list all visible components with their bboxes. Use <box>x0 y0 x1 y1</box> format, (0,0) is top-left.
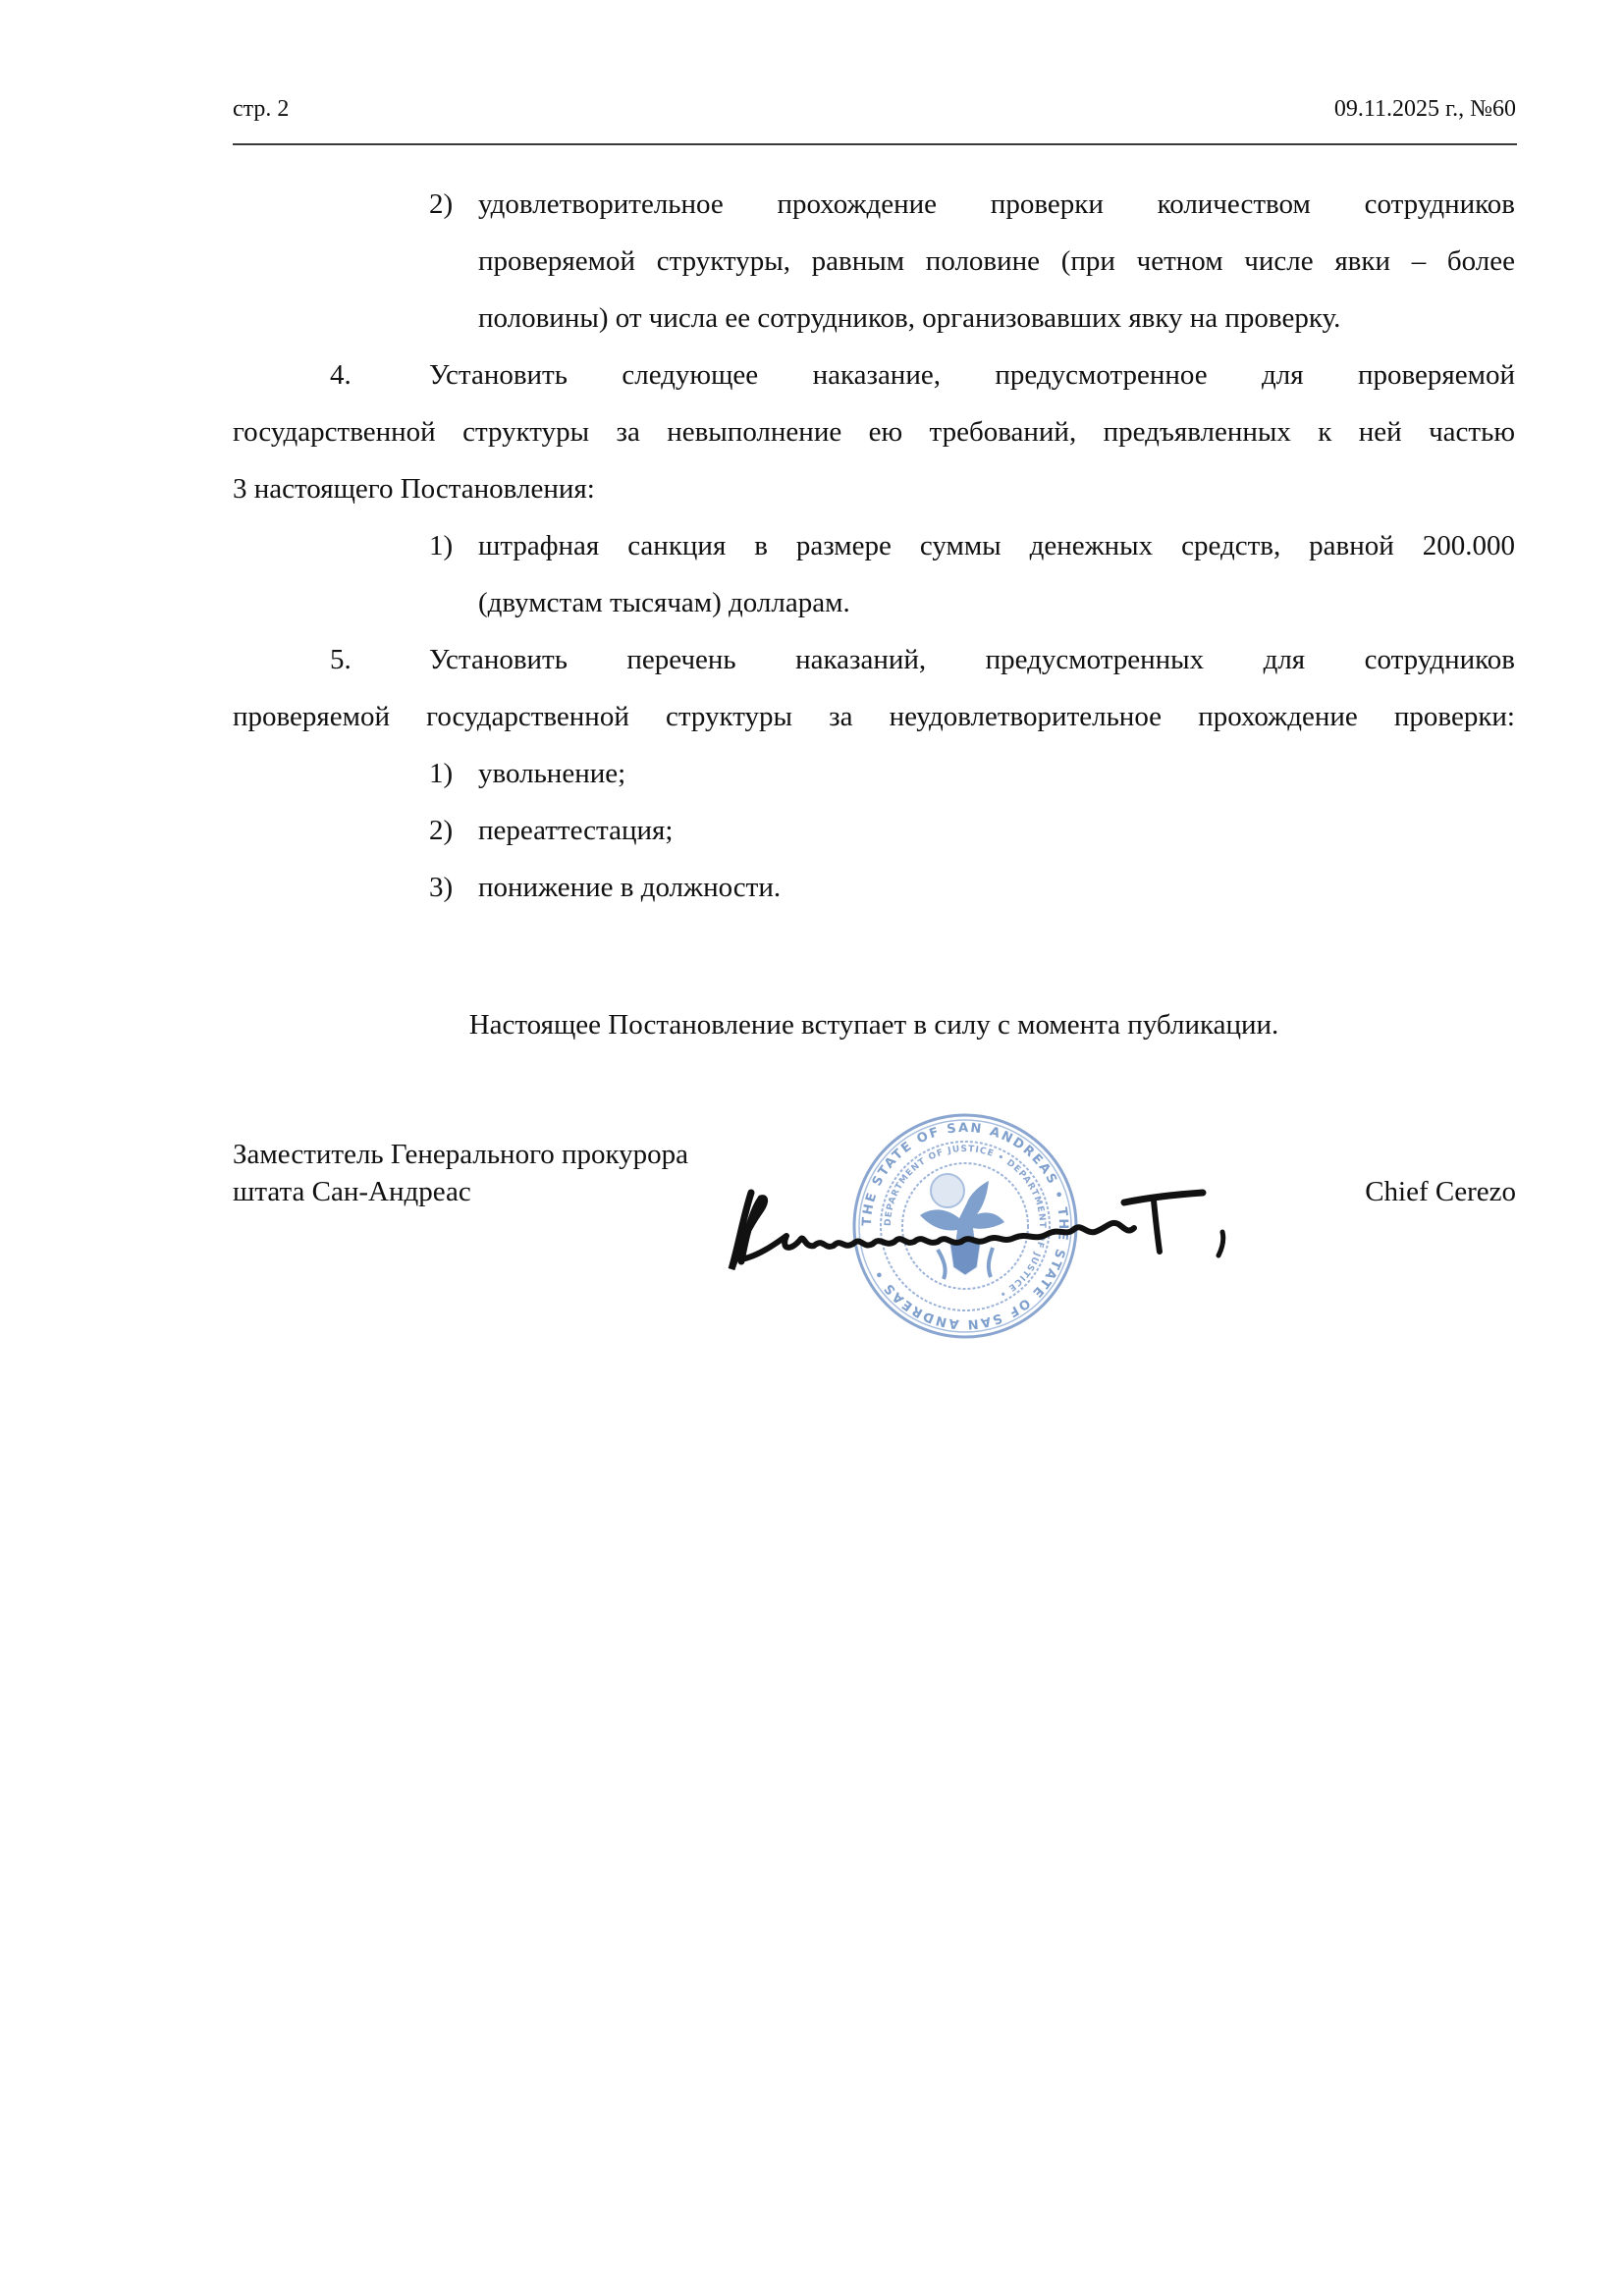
header-divider <box>233 143 1517 145</box>
list-number: 1) <box>429 528 453 563</box>
paragraph-line: (двумстам тысячам) долларам. <box>478 585 850 620</box>
paragraph-line: половины) от числа ее сотрудников, орган… <box>478 300 1340 336</box>
paragraph-line: проверяемой структуры, равным половине (… <box>478 243 1515 279</box>
handwritten-signature-icon <box>722 1173 1252 1286</box>
paragraph-line: Установить следующее наказание, предусмо… <box>429 357 1515 393</box>
list-number: 2) <box>429 187 453 222</box>
list-number: 3) <box>429 870 453 905</box>
document-page: стр. 2 09.11.2025 г., №60 2) удовлетвори… <box>0 0 1624 2296</box>
document-date-number: 09.11.2025 г., №60 <box>1334 94 1516 124</box>
paragraph-line: Установить перечень наказаний, предусмот… <box>429 642 1515 677</box>
signer-title-line-2: штата Сан-Андреас <box>233 1174 471 1209</box>
paragraph-line: государственной структуры за невыполнени… <box>233 414 1515 450</box>
clause-number: 5. <box>330 642 352 677</box>
paragraph-line: 3 настоящего Постановления: <box>233 471 595 507</box>
list-item: увольнение; <box>478 756 625 791</box>
effective-statement: Настоящее Постановление вступает в силу … <box>0 1007 1624 1042</box>
list-item: понижение в должности. <box>478 870 781 905</box>
list-number: 1) <box>429 756 453 791</box>
list-number: 2) <box>429 813 453 848</box>
page-number: стр. 2 <box>233 94 289 124</box>
clause-number: 4. <box>330 357 352 393</box>
paragraph-line: удовлетворительное прохождение проверки … <box>478 187 1515 222</box>
paragraph-line: штрафная санкция в размере суммы денежны… <box>478 528 1515 563</box>
paragraph-line: проверяемой государственной структуры за… <box>233 699 1515 734</box>
signer-title-line-1: Заместитель Генерального прокурора <box>233 1137 688 1172</box>
signer-name: Chief Cerezo <box>1365 1174 1516 1209</box>
list-item: переаттестация; <box>478 813 673 848</box>
